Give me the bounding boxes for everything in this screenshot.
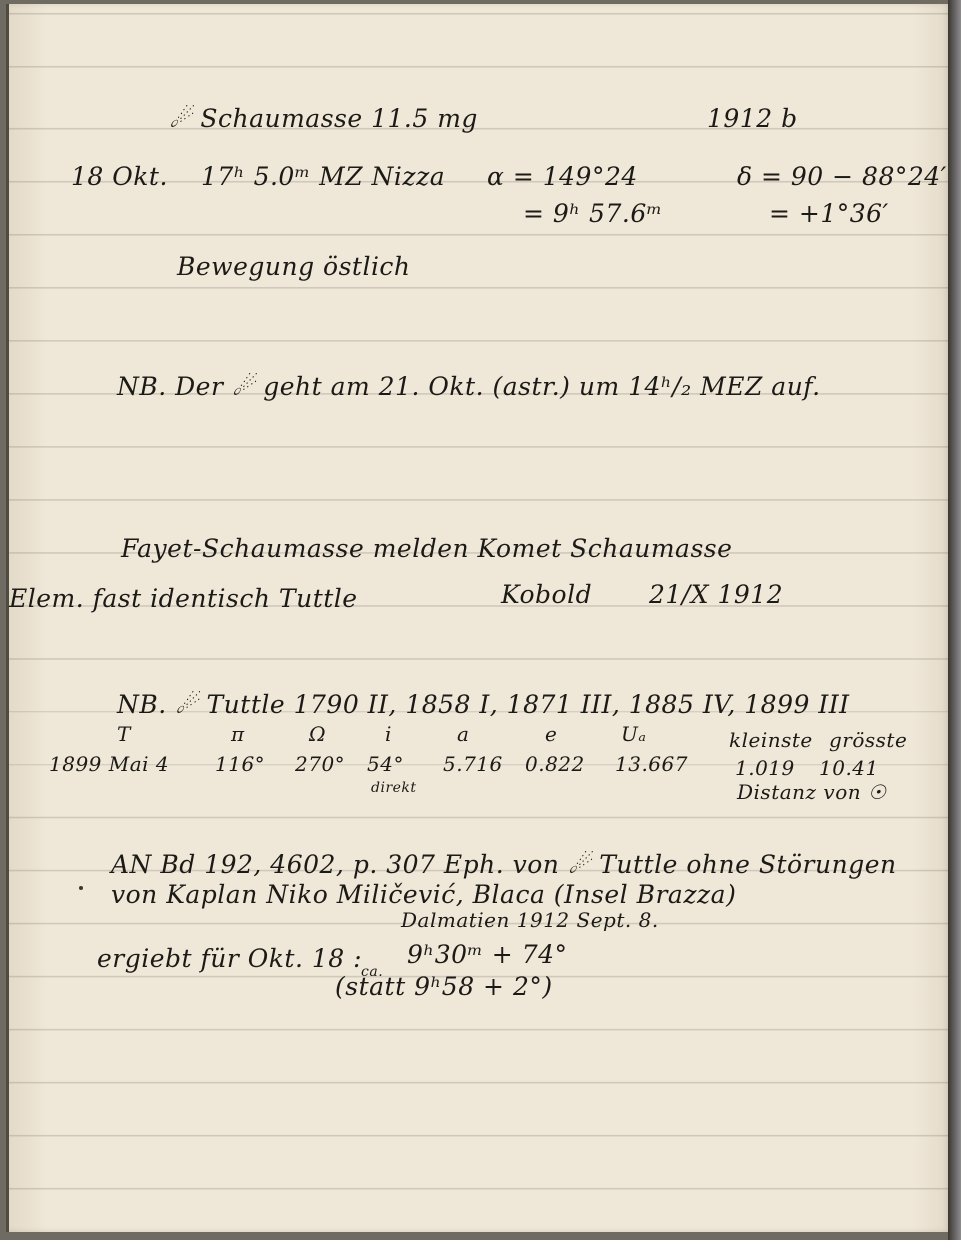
value-kleinste: 1.019 — [735, 756, 795, 780]
header-T: T — [117, 722, 131, 746]
ink-dot — [79, 886, 83, 890]
value-groesste: 10.41 — [819, 756, 879, 780]
result-value: 9ʰ30ᵐ + 74° — [407, 940, 568, 969]
signature: Kobold — [501, 580, 592, 609]
reference-line: AN Bd 192, 4602, p. 307 Eph. von ☄ Tuttl… — [111, 850, 897, 879]
value-e: 0.822 — [525, 752, 585, 776]
value-a: 5.716 — [443, 752, 503, 776]
entry-date: 21/X 1912 — [649, 580, 783, 609]
comet-heading: ☄ Schaumasse 11.5 mg — [169, 104, 478, 133]
header-groesste: grösste — [829, 728, 907, 752]
header-period: Uₐ — [621, 722, 646, 746]
header-kleinste: kleinste — [729, 728, 813, 752]
distance-note: Distanz von ☉ — [737, 780, 886, 804]
rising-note: NB. Der ☄ geht am 21. Okt. (astr.) um 14… — [117, 372, 821, 401]
motion-note: Bewegung östlich — [177, 252, 411, 281]
header-a: a — [457, 722, 469, 746]
header-e: e — [545, 722, 557, 746]
inclination-note: direkt — [371, 780, 417, 796]
header-i: i — [385, 722, 392, 746]
value-period: 13.667 — [615, 752, 688, 776]
page-edge — [948, 0, 961, 1240]
declination-calc: δ = 90 − 88°24′ — [737, 162, 947, 191]
instead-line: (statt 9ʰ58 + 2°) — [335, 972, 553, 1001]
elements-note: Elem. fast identisch Tuttle — [9, 584, 358, 613]
value-pi: 116° — [215, 752, 265, 776]
observation-time: 17ʰ 5.0ᵐ MZ Nizza — [201, 162, 445, 191]
value-node: 270° — [295, 752, 345, 776]
right-ascension-hours: = 9ʰ 57.6ᵐ — [523, 199, 663, 228]
announcement-line: Fayet-Schaumasse melden Komet Schaumasse — [121, 534, 732, 563]
value-T: 1899 Mai 4 — [49, 752, 169, 776]
comet-designation: 1912 b — [707, 104, 798, 133]
declination-result: = +1°36′ — [769, 199, 889, 228]
right-ascension-degrees: α = 149°24 — [487, 162, 638, 191]
notebook-page: ☄ Schaumasse 11.5 mg 1912 b 18 Okt. 17ʰ … — [6, 4, 951, 1232]
header-node: Ω — [309, 722, 326, 746]
location-date-line: Dalmatien 1912 Sept. 8. — [401, 908, 659, 932]
value-i: 54° — [367, 752, 404, 776]
header-pi: π — [231, 722, 245, 746]
result-label: ergiebt für Okt. 18 : — [97, 944, 362, 973]
observation-date: 18 Okt. — [71, 162, 168, 191]
author-line: von Kaplan Niko Miličević, Blaca (Insel … — [111, 880, 736, 909]
tuttle-apparitions: NB. ☄ Tuttle 1790 II, 1858 I, 1871 III, … — [117, 690, 849, 719]
